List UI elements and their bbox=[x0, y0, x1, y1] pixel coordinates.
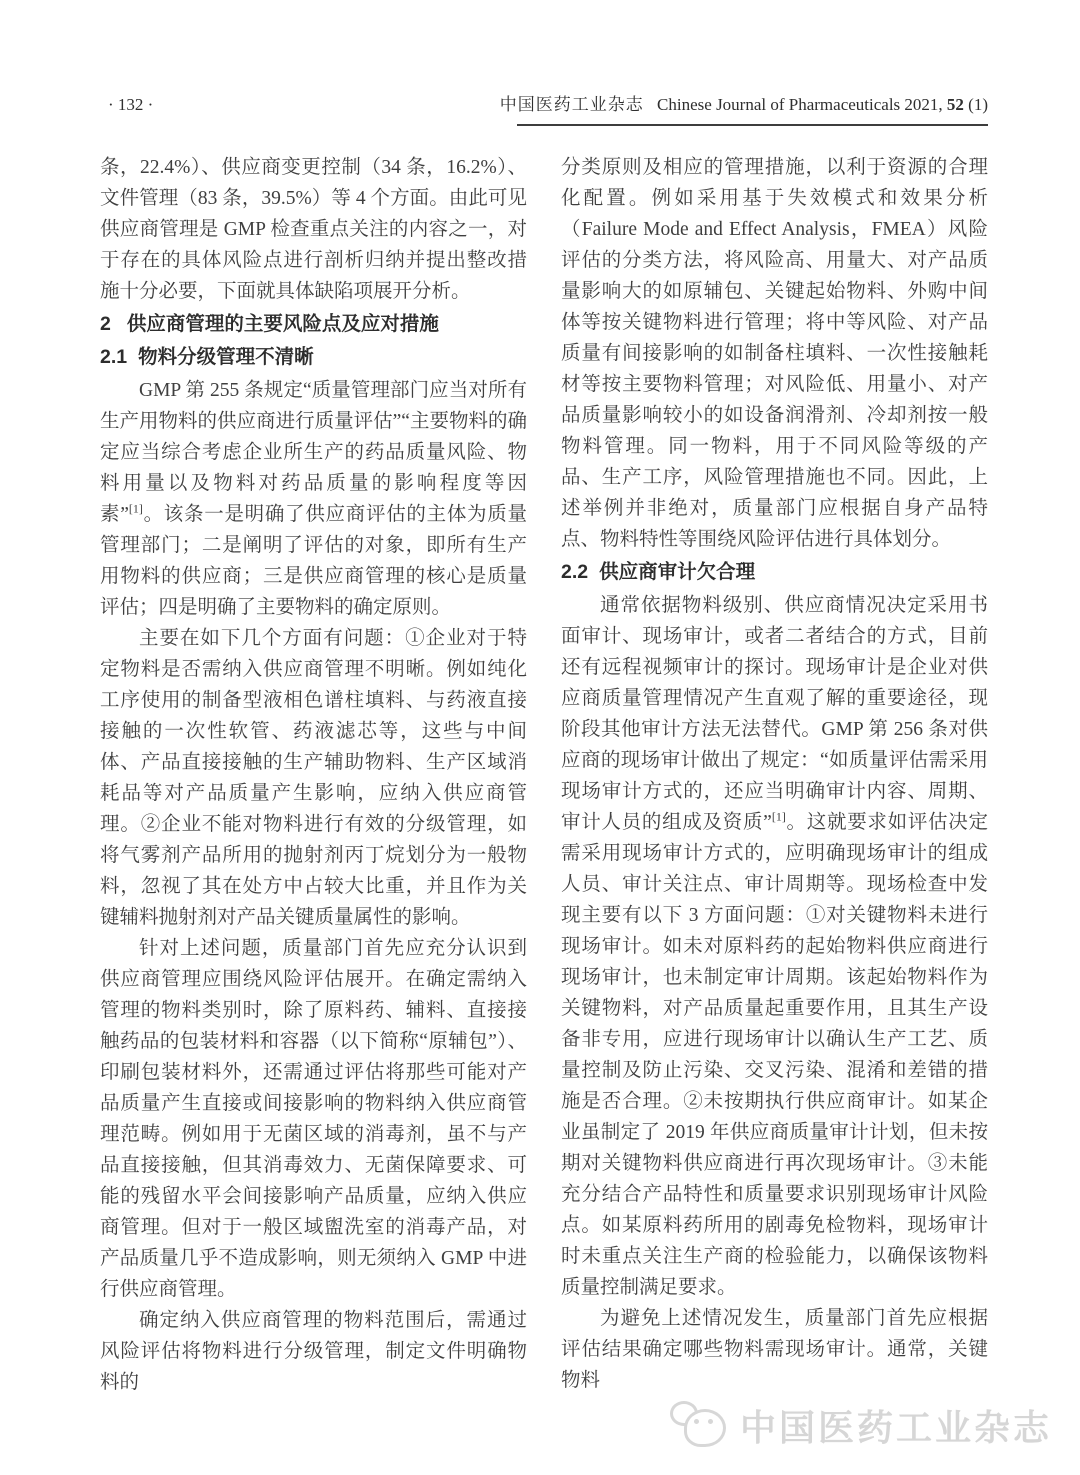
citation-reference: [1] bbox=[772, 810, 786, 824]
journal-issue: (1) bbox=[968, 95, 988, 114]
paragraph: GMP 第 255 条规定“质量管理部门应当对所有生产用物料的供应商进行质量评估… bbox=[100, 375, 527, 623]
paragraph: 针对上述问题，质量部门首先应充分认识到供应商管理应围绕风险评估展开。在确定需纳入… bbox=[100, 933, 527, 1305]
paragraph: 确定纳入供应商管理的物料范围后，需通过风险评估将物料进行分级管理，制定文件明确物… bbox=[100, 1305, 527, 1398]
paragraph-continuation: 分类原则及相应的管理措施，以利于资源的合理化配置。例如采用基于失效模式和效果分析… bbox=[561, 152, 988, 555]
paragraph: 主要在如下几个方面有问题：①企业对于特定物料是否需纳入供应商管理不明晰。例如纯化… bbox=[100, 623, 527, 933]
header-rule bbox=[517, 124, 988, 126]
section-heading-2: 2供应商管理的主要风险点及应对措施 bbox=[100, 309, 527, 340]
section-title: 供应商审计欠合理 bbox=[599, 561, 755, 583]
paragraph-continuation: 条，22.4%）、供应商变更控制（34 条，16.2%）、文件管理（83 条，3… bbox=[100, 152, 527, 307]
page-header: · 132 · 中国医药工业杂志 Chinese Journal of Phar… bbox=[108, 90, 988, 115]
page-number: · 132 · bbox=[108, 95, 153, 115]
citation-reference: [1] bbox=[129, 502, 143, 516]
article-body: 条，22.4%）、供应商变更控制（34 条，16.2%）、文件管理（83 条，3… bbox=[100, 152, 989, 1398]
journal-volume: 52 bbox=[947, 95, 964, 114]
paragraph-text: 。该条一是明确了供应商评估的主体为质量管理部门；二是阐明了评估的对象，即所有生产… bbox=[100, 504, 527, 618]
paragraph-text: 。这就要求如评估决定需采用现场审计方式的，应明确现场审计的组成人员、审计关注点、… bbox=[561, 812, 988, 1298]
journal-watermark-text: 中国医药工业杂志 bbox=[740, 1400, 1052, 1451]
left-column: 条，22.4%）、供应商变更控制（34 条，16.2%）、文件管理（83 条，3… bbox=[100, 152, 527, 1398]
journal-watermark: 中国医药工业杂志 bbox=[670, 1397, 1052, 1453]
journal-logo-icon bbox=[670, 1397, 728, 1453]
paragraph: 通常依据物料级别、供应商情况决定采用书面审计、现场审计，或者二者结合的方式，目前… bbox=[561, 590, 988, 1303]
journal-page: · 132 · 中国医药工业杂志 Chinese Journal of Phar… bbox=[0, 0, 1080, 1475]
section-number: 2 bbox=[100, 313, 111, 335]
paragraph-text: 通常依据物料级别、供应商情况决定采用书面审计、现场审计，或者二者结合的方式，目前… bbox=[561, 595, 988, 833]
journal-running-title: 中国医药工业杂志 Chinese Journal of Pharmaceutic… bbox=[500, 90, 988, 115]
journal-title-en: Chinese Journal of Pharmaceuticals 2021, bbox=[657, 95, 943, 114]
paragraph: 为避免上述情况发生，质量部门首先应根据评估结果确定哪些物料需现场审计。通常，关键… bbox=[561, 1303, 988, 1396]
right-column: 分类原则及相应的管理措施，以利于资源的合理化配置。例如采用基于失效模式和效果分析… bbox=[561, 152, 988, 1398]
section-number: 2.2 bbox=[561, 561, 588, 583]
section-title: 供应商管理的主要风险点及应对措施 bbox=[127, 313, 439, 335]
section-number: 2.1 bbox=[100, 346, 127, 368]
section-heading-2-2: 2.2供应商审计欠合理 bbox=[561, 557, 988, 588]
section-title: 物料分级管理不清晰 bbox=[138, 346, 314, 368]
journal-title-cn: 中国医药工业杂志 bbox=[500, 95, 644, 114]
section-heading-2-1: 2.1物料分级管理不清晰 bbox=[100, 342, 527, 373]
